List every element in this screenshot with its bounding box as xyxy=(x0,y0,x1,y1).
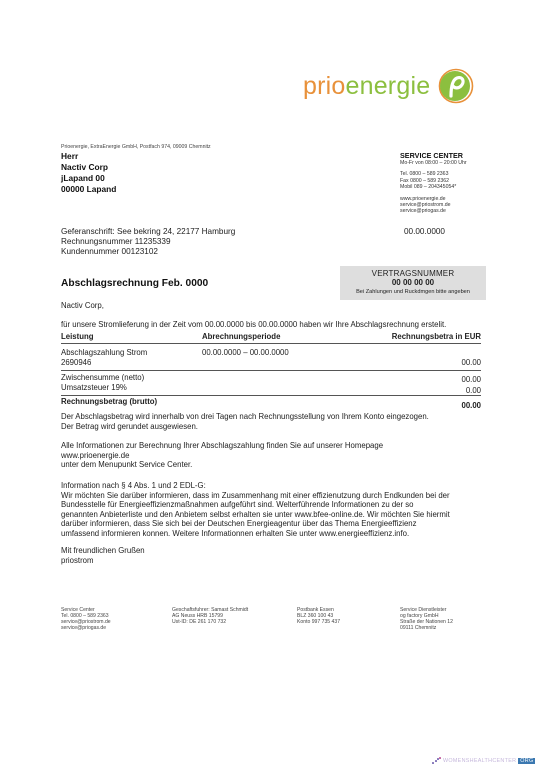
text-line: Der Betrag wird gerundet ausgewiesen. xyxy=(61,422,501,432)
logo-prio: prio xyxy=(303,72,346,100)
recipient-line: 00000 Lapand xyxy=(61,184,116,195)
footer-line: Konto 997 735 437 xyxy=(297,619,340,625)
footer-management-column: Geschaftsfuhrer: Samast Schmidt AG Neuss… xyxy=(172,607,248,625)
text-line: darüber informieren, dass Sie sich bei d… xyxy=(61,519,501,529)
closing-greeting: Mit freundlichen Grußen xyxy=(61,546,501,556)
contract-note: Bei Zahlungen und Ruckdmgen bitte angebe… xyxy=(340,289,486,295)
edlg-paragraph: Information nach § 4 Abs. 1 und 2 EDL-G:… xyxy=(61,481,501,539)
recipient-address: Herr Nactiv Corp jLapand 00 00000 Lapand xyxy=(61,151,116,195)
brand-logo: prioenergie xyxy=(303,66,474,106)
payment-paragraph: Der Abschlagsbetrag wird innerhalb von d… xyxy=(61,412,501,431)
table-row: Abschlagszahlung Strom 2690946 00.00.000… xyxy=(61,344,481,371)
homepage-link[interactable]: www.prioenergie.de xyxy=(61,451,501,461)
invoice-date: 00.00.0000 xyxy=(404,227,445,236)
table-row: Zwischensumme (netto) Umsatzsteuer 19% 0… xyxy=(61,371,481,396)
invoice-meta: Geferanschrift: See bekring 24, 22177 Ha… xyxy=(61,227,235,257)
header-service: Leistung xyxy=(61,330,94,343)
contract-label: VERTRAGSNUMMER xyxy=(340,269,486,278)
salutation: Nactiv Corp, xyxy=(61,301,104,310)
sparkle-icon xyxy=(432,757,441,764)
watermark-text: WOMENSHEALTHCENTER xyxy=(443,758,516,764)
contract-number: 00 00 00 00 xyxy=(340,278,486,287)
sender-line: Prioenergie, ExtraEnergie GmbH, Postfach… xyxy=(61,144,211,150)
text-line: genannten Anbieterliste und den Anbietem… xyxy=(61,510,501,520)
item-name: Abschlagszahlung Strom xyxy=(61,348,147,358)
contract-number-box: VERTRAGSNUMMER 00 00 00 00 Bei Zahlungen… xyxy=(340,266,486,300)
service-center-title: SERVICE CENTER xyxy=(400,152,510,160)
invoice-table: Leistung Abrechnungsperiode Rechnungsbet… xyxy=(61,330,481,410)
text-line: Bundesstelle für Energieeffizienzmaßnahm… xyxy=(61,500,501,510)
text-line: unter dem Menupunkt Service Center. xyxy=(61,460,501,470)
logo-wordmark: prioenergie xyxy=(303,74,430,99)
text-line: Der Abschlagsbetrag wird innerhalb von d… xyxy=(61,412,501,422)
footer-service-column: Service Center Tel. 0800 – 589 2363 serv… xyxy=(61,607,111,631)
recipient-line: Herr xyxy=(61,151,116,162)
footer-line: 09111 Chemnitz xyxy=(400,625,453,631)
watermark-badge: ORG xyxy=(518,758,535,764)
service-center-block: SERVICE CENTER Mo-Fr von 08:00 – 20:00 U… xyxy=(400,152,510,215)
item-period: 00.00.0000 – 00.00.0000 xyxy=(202,348,289,358)
subtotal-value: 00.00 xyxy=(461,375,481,386)
recipient-line: Nactiv Corp xyxy=(61,162,116,173)
footer-line: Ust-ID: DE 261 170 732 xyxy=(172,619,248,625)
closing: Mit freundlichen Grußen priostrom xyxy=(61,546,501,565)
text-line: Wir möchten Sie darüber informieren, das… xyxy=(61,491,501,501)
subtotal-label: Zwischensumme (netto) xyxy=(61,373,144,383)
info-paragraph: Alle Informationen zur Berechnung Ihrer … xyxy=(61,441,501,470)
customer-number: Kundennummer 00123102 xyxy=(61,247,235,257)
text-line: Information nach § 4 Abs. 1 und 2 EDL-G: xyxy=(61,481,501,491)
text-line: umfassend informieren konnen. Weitere In… xyxy=(61,529,501,539)
intro-text: für unsere Stromlieferung in der Zeit vo… xyxy=(61,320,446,329)
table-total-row: Rechnungsbetrag (brutto) 00.00 xyxy=(61,396,481,410)
item-amount: 00.00 xyxy=(461,358,481,368)
text-line: Alle Informationen zur Berechnung Ihrer … xyxy=(61,441,501,451)
header-period: Abrechnungsperiode xyxy=(202,330,280,343)
document-title: Abschlagsrechnung Feb. 0000 xyxy=(61,278,208,289)
recipient-line: jLapand 00 xyxy=(61,173,116,184)
delivery-address: Geferanschrift: See bekring 24, 22177 Ha… xyxy=(61,227,235,237)
tax-value: 0.00 xyxy=(461,386,481,397)
footer-bank-column: Postbank Essen BLZ 360 100 43 Konto 997 … xyxy=(297,607,340,625)
footer-provider-column: Service Dienstleister og factory GmbH St… xyxy=(400,607,453,631)
total-label: Rechnungsbetrag (brutto) xyxy=(61,397,157,406)
invoice-number: Rechnungsnummer 11235339 xyxy=(61,237,235,247)
closing-signature: priostrom xyxy=(61,556,501,566)
watermark: WOMENSHEALTHCENTER ORG xyxy=(432,757,535,764)
total-value: 00.00 xyxy=(461,401,481,410)
logo-p-icon xyxy=(438,68,474,104)
footer-email-link[interactable]: service@priogas.de xyxy=(61,625,111,631)
item-number: 2690946 xyxy=(61,358,147,368)
tax-label: Umsatzsteuer 19% xyxy=(61,383,144,393)
header-amount: Rechnungsbetra in EUR xyxy=(392,330,481,343)
service-email-link[interactable]: service@priogas.de xyxy=(400,208,510,214)
table-header: Leistung Abrechnungsperiode Rechnungsbet… xyxy=(61,330,481,344)
logo-energie: energie xyxy=(346,72,431,100)
